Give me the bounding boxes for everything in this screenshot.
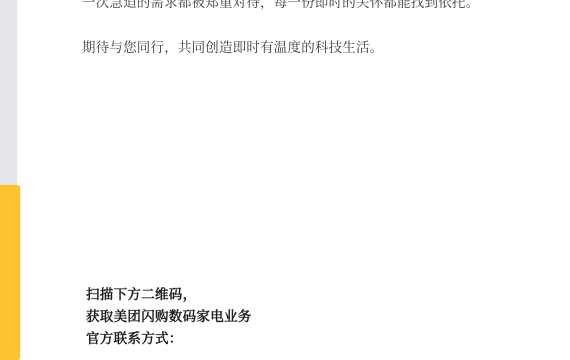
qr-cta-block: 扫描下方二维码， 获取美团闪购数码家电业务 官方联系方式： xyxy=(86,284,252,350)
qr-cta-line-3: 官方联系方式： xyxy=(86,328,252,350)
qr-cta-line-2: 获取美团闪购数码家电业务 xyxy=(86,306,252,328)
document-page: 一次急迫的需求都被郑重对待，每一份即时的关怀都能找到依托。 期待与您同行，共同创… xyxy=(0,0,570,360)
paragraph-outlook-statement: 期待与您同行，共同创造即时有温度的科技生活。 xyxy=(82,41,383,55)
paragraph-care-statement: 一次急迫的需求都被郑重对待，每一份即时的关怀都能找到依托。 xyxy=(82,0,479,10)
page-edge-strip xyxy=(0,0,17,186)
qr-cta-line-1: 扫描下方二维码， xyxy=(86,284,252,306)
yellow-accent-ribbon xyxy=(0,185,20,360)
